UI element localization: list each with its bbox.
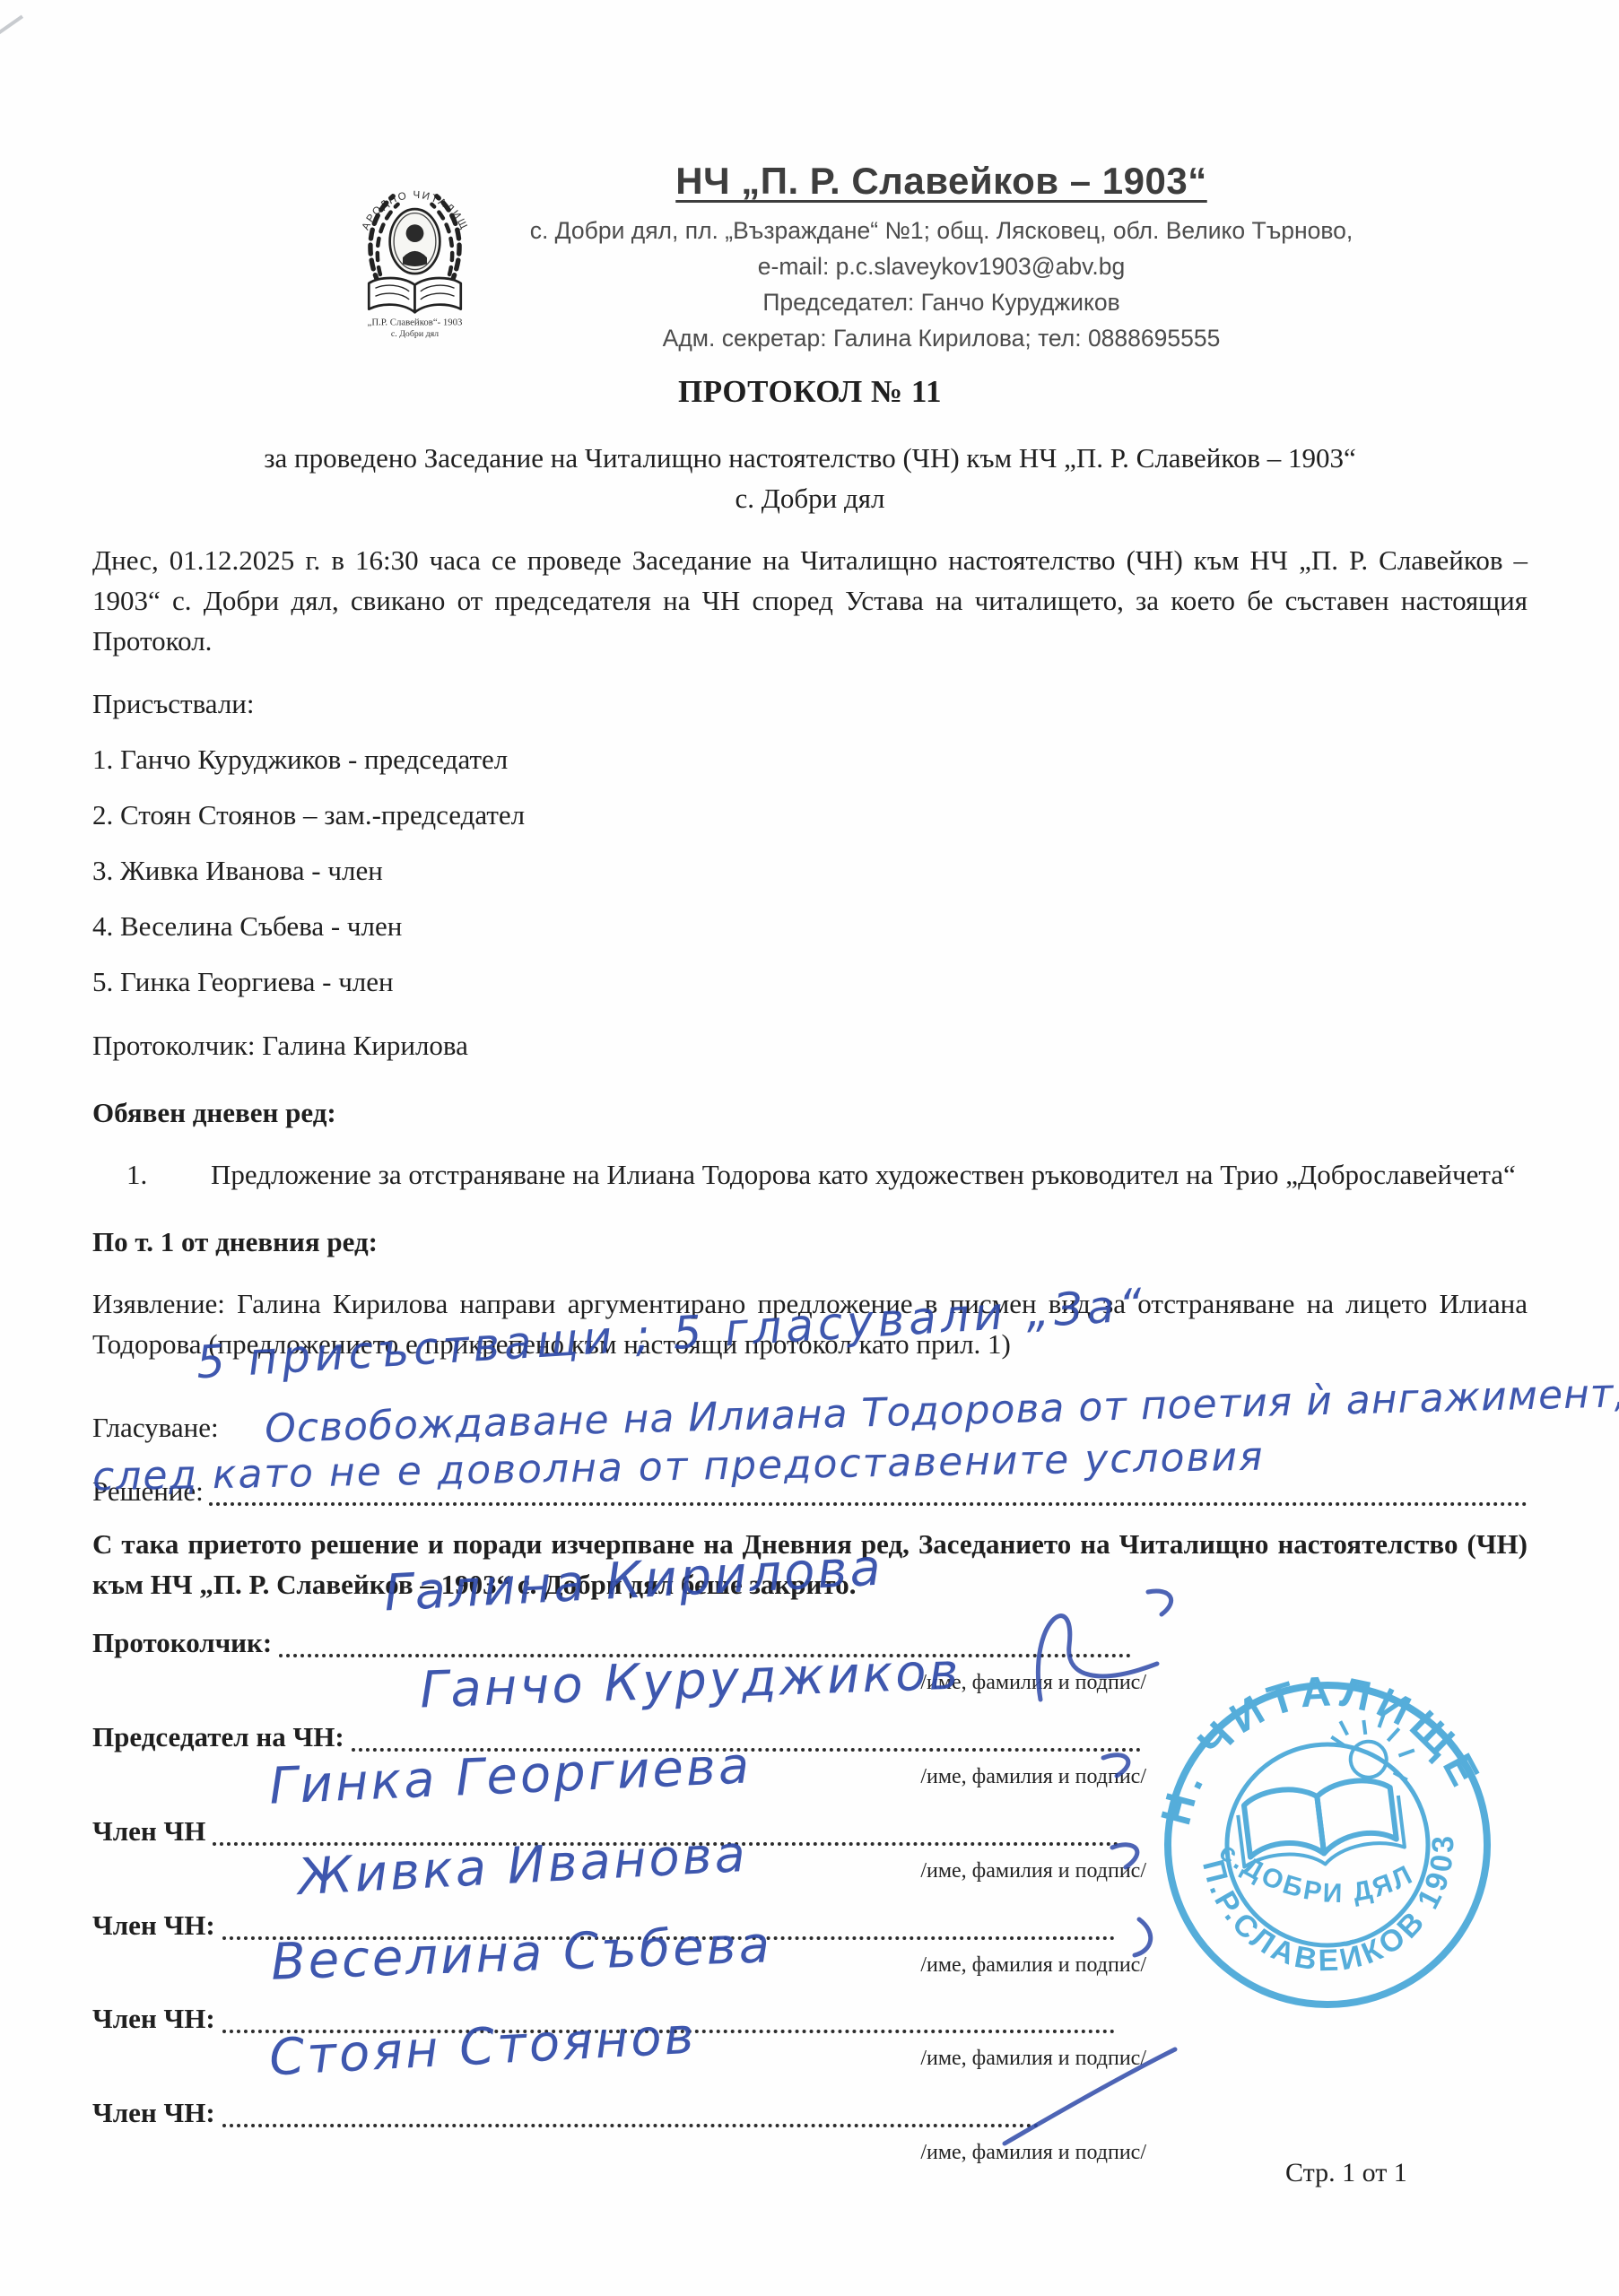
agenda-heading: Обявен дневен ред: [92,1093,1528,1134]
letterhead-text: НЧ „П. Р. Славейков – 1903“ с. Добри дял… [497,154,1386,352]
doc-subtitle-line2: с. Добри дял [92,479,1528,519]
org-email: e-mail: p.c.slaveykov1903@abv.bg [497,253,1386,281]
scan-artifact [0,15,23,36]
point1-heading: По т. 1 от дневния ред: [92,1222,1528,1263]
logo-portrait [390,209,440,274]
sig-label-predsedatel: Председател на ЧН: [92,1718,344,1758]
attendee-item: 3. Живка Иванова - член [92,851,1528,891]
decision-dotted-line [209,1502,1528,1506]
agenda-item-number: 1. [92,1155,178,1196]
scanned-protocol-page: НАРОДНО ЧИТАЛИЩЕ [0,0,1619,2296]
signature-dotted-line [222,2124,1039,2127]
org-chairman-line: Председател: Ганчо Куруджиков [497,289,1386,317]
letterhead: НАРОДНО ЧИТАЛИЩЕ [354,154,1386,352]
logo-caption-line1: „П.Р. Славейков“- 1903 [368,317,463,328]
sig-label-chlen-2: Член ЧН: [92,1906,215,1946]
doc-subtitle-line1: за проведено Заседание на Читалищно наст… [92,439,1528,479]
org-address: с. Добри дял, пл. „Възраждане“ №1; общ. … [497,217,1386,245]
doc-subtitle: за проведено Заседание на Читалищно наст… [92,439,1528,519]
sig-label-chlen-1: Член ЧН [92,1812,205,1852]
org-name: НЧ „П. Р. Славейков – 1903“ [497,160,1386,203]
doc-title: ПРОТОКОЛ № 11 [92,370,1528,415]
pen-flourish [978,2036,1193,2161]
intro-paragraph: Днес, 01.12.2025 г. в 16:30 часа се пров… [92,541,1528,662]
sig-label-chlen-3: Член ЧН: [92,1999,215,2039]
org-logo-svg: НАРОДНО ЧИТАЛИЩЕ [354,154,475,338]
logo-book-icon [369,278,461,312]
logo-caption-line2: с. Добри дял [391,329,439,338]
sig-label-protokolchik: Протоколчик: [92,1623,272,1664]
attendees-heading: Присъствали: [92,684,1528,725]
attendee-item: 2. Стоян Стоянов – зам.-председател [92,796,1528,836]
org-logo: НАРОДНО ЧИТАЛИЩЕ [354,154,475,338]
secretary-line: Протоколчик: Галина Кирилова [92,1026,1528,1066]
agenda-item: 1. Предложение за отстраняване на Илиана… [92,1155,1528,1196]
round-stamp: Н. ЧИТАЛИЩЕ „П.Р.СЛАВЕЙКОВ 1903“ с.ДОБРИ… [1133,1650,1523,2040]
attendee-item: 4. Веселина Събева - член [92,907,1528,947]
attendee-item: 5. Гинка Георгиева - член [92,962,1528,1003]
attendee-item: 1. Ганчо Куруджиков - председател [92,740,1528,780]
agenda-item-text: Предложение за отстраняване на Илиана То… [178,1155,1528,1196]
page-number: Стр. 1 от 1 [1285,2158,1407,2188]
sig-label-chlen-4: Член ЧН: [92,2093,215,2134]
stamp-book-icon [1236,1776,1406,1874]
voting-label: Гласуване: [92,1412,219,1443]
org-secretary-line: Адм. секретар: Галина Кирилова; тел: 088… [497,325,1386,352]
